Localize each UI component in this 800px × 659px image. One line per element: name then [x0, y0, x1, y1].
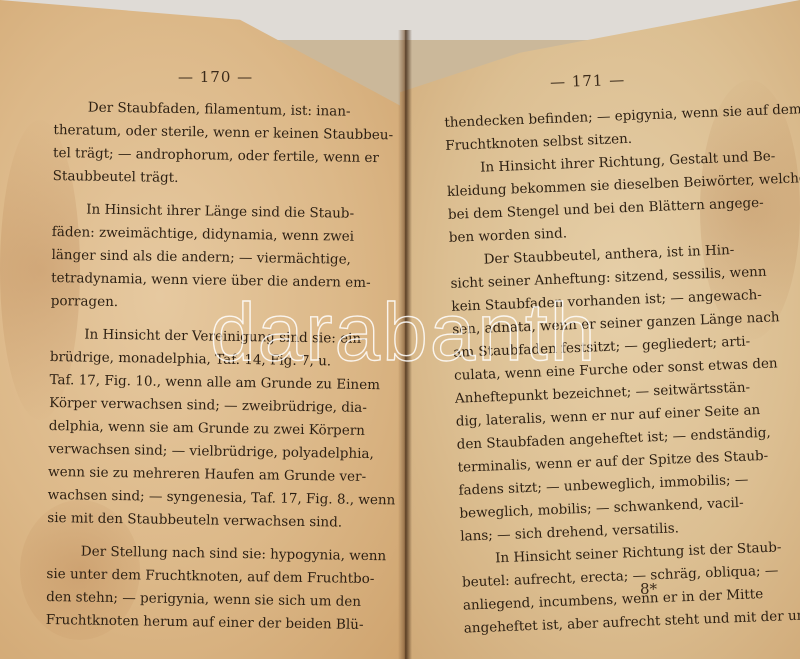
- watermark: darabanth: [210, 292, 597, 374]
- page-number-left: — 170 —: [178, 68, 253, 86]
- signature-mark: 8*: [640, 580, 657, 598]
- page-number-right: — 171 —: [550, 71, 626, 92]
- text-line: sie mit den Staubbeuteln verwachsen sind…: [47, 507, 377, 535]
